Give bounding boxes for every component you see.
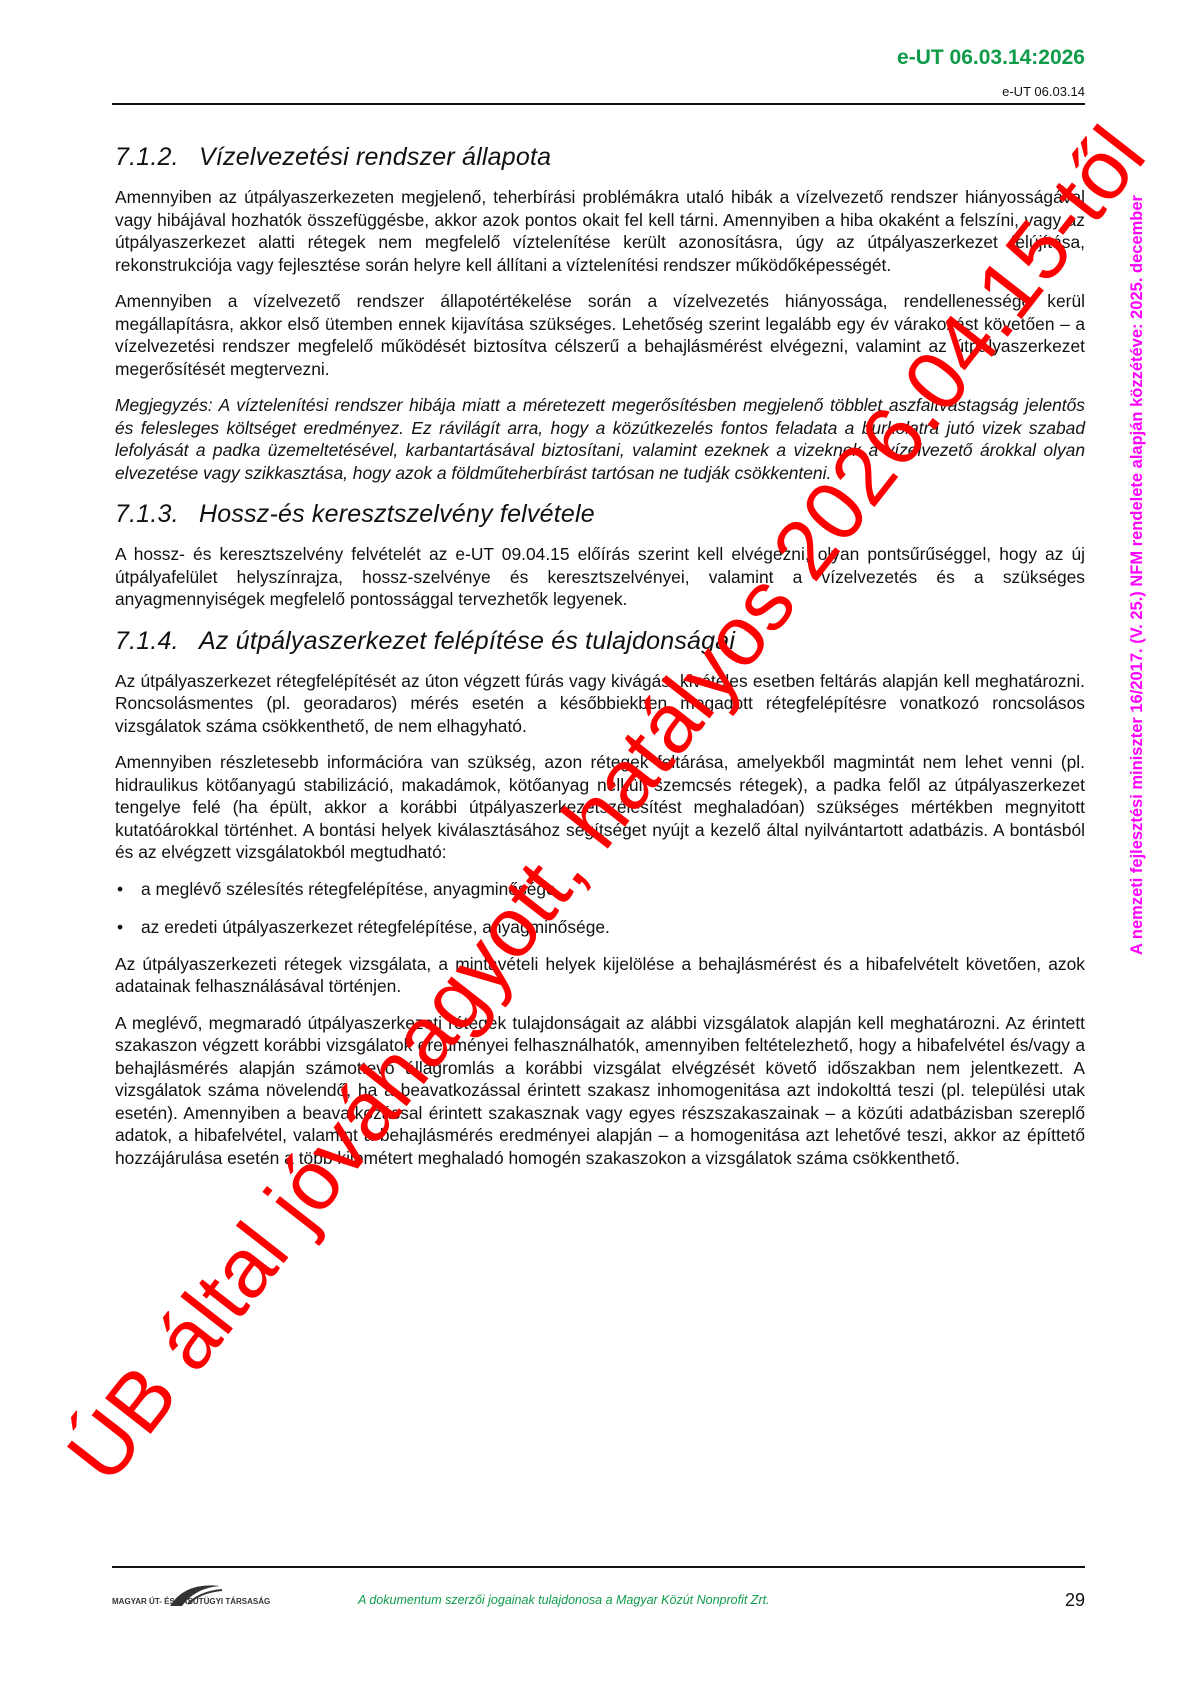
section-number: 7.1.3. <box>115 500 199 529</box>
publication-side-note: A nemzeti fejlesztési miniszter 16/2017.… <box>1128 195 1147 955</box>
doc-subcode: e-UT 06.03.14 <box>1002 84 1085 99</box>
section-number: 7.1.4. <box>115 627 199 656</box>
paragraph: Az útpályaszerkezeti rétegek vizsgálata,… <box>115 953 1085 998</box>
section-title: Hossz-és keresztszelvény felvétele <box>199 500 595 528</box>
paragraph: Amennyiben részletesebb információra van… <box>115 751 1085 864</box>
paragraph: Amennyiben a vízelvezető rendszer állapo… <box>115 290 1085 380</box>
paragraph: Amennyiben az útpályaszerkezeten megjele… <box>115 186 1085 276</box>
section-heading-7-1-2: 7.1.2.Vízelvezetési rendszer állapota <box>115 143 1085 172</box>
list-item: az eredeti útpályaszerkezet rétegfelépít… <box>115 916 1085 939</box>
section-title: Az útpályaszerkezet felépítése és tulajd… <box>199 627 735 655</box>
page-number: 29 <box>1065 1590 1085 1611</box>
note-paragraph: Megjegyzés: A víztelenítési rendszer hib… <box>115 394 1085 484</box>
logo-text: MAGYAR ÚT- ÉS VASÚTÜGYI TÁRSASÁG <box>112 1597 270 1606</box>
paragraph: Az útpályaszerkezet rétegfelépítését az … <box>115 670 1085 738</box>
copyright-notice: A dokumentum szerzői jogainak tulajdonos… <box>358 1593 770 1607</box>
paragraph: A hossz- és keresztszelvény felvételét a… <box>115 543 1085 611</box>
company-logo: MAGYAR ÚT- ÉS VASÚTÜGYI TÁRSASÁG <box>112 1580 262 1620</box>
section-heading-7-1-4: 7.1.4.Az útpályaszerkezet felépítése és … <box>115 627 1085 656</box>
footer-rule <box>112 1566 1085 1568</box>
section-title: Vízelvezetési rendszer állapota <box>199 143 551 171</box>
header-rule <box>112 103 1085 105</box>
section-number: 7.1.2. <box>115 143 199 172</box>
paragraph: A meglévő, megmaradó útpályaszerkezeti r… <box>115 1012 1085 1170</box>
section-heading-7-1-3: 7.1.3.Hossz-és keresztszelvény felvétele <box>115 500 1085 529</box>
bullet-list: a meglévő szélesítés rétegfelépítése, an… <box>115 878 1085 939</box>
page-content: 7.1.2.Vízelvezetési rendszer állapota Am… <box>115 143 1085 1169</box>
doc-code: e-UT 06.03.14:2026 <box>897 46 1085 70</box>
list-item: a meglévő szélesítés rétegfelépítése, an… <box>115 878 1085 901</box>
